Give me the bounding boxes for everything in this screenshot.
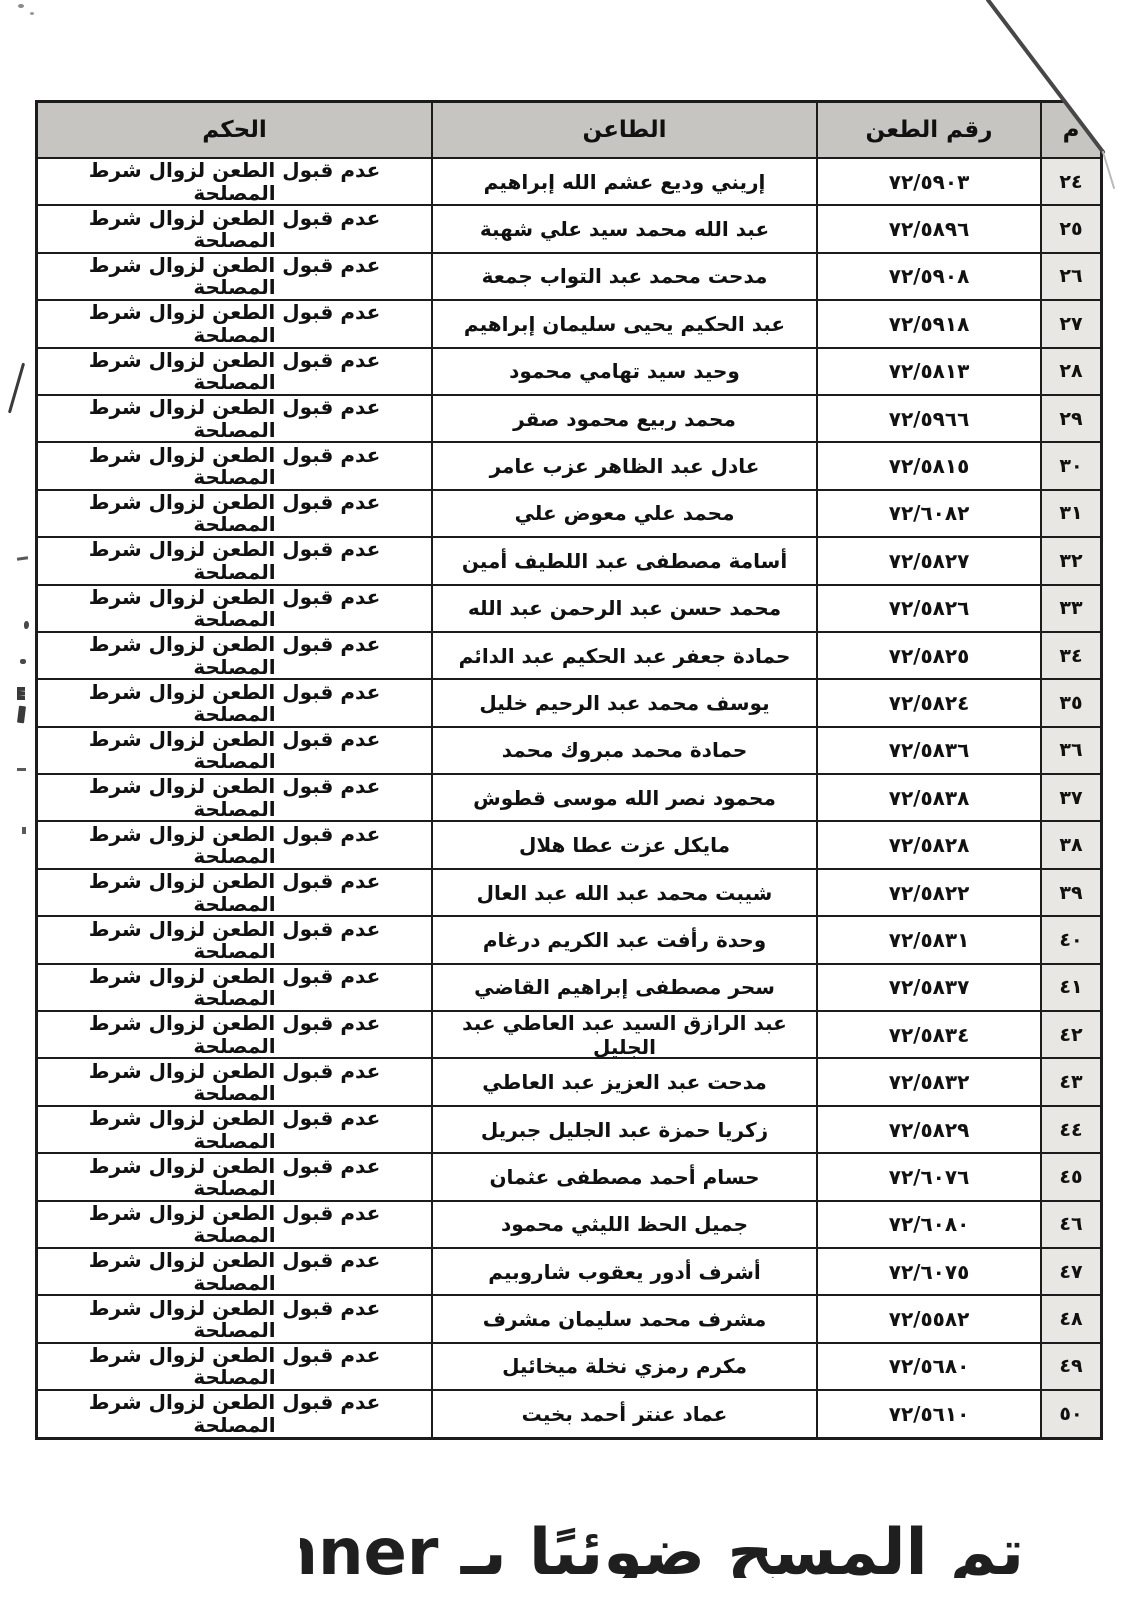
scan-artifact-dash (17, 556, 28, 561)
seq-cell: ٣٩ (1040, 870, 1100, 915)
appellant-cell: وحدة رأفت عبد الكريم درغام (431, 917, 816, 962)
table-row: ٣١٧٢/٦٠٨٢محمد علي معوض عليعدم قبول الطعن… (38, 489, 1100, 536)
seq-value: ٥٠ (1059, 1403, 1082, 1425)
appeal-number-value: ٧٢/٥٨٣١ (889, 928, 970, 952)
ruling-cell: عدم قبول الطعن لزوال شرط المصلحة (38, 159, 431, 204)
appellant-value: مايكل عزت عطا هلال (519, 833, 730, 857)
ruling-value: عدم قبول الطعن لزوال شرط المصلحة (76, 918, 394, 963)
ruling-cell: عدم قبول الطعن لزوال شرط المصلحة (38, 586, 431, 631)
table-row: ٢٤٧٢/٥٩٠٣إريني وديع عشم الله إبراهيمعدم … (38, 157, 1100, 204)
ruling-value: عدم قبول الطعن لزوال شرط المصلحة (76, 1060, 394, 1105)
appeal-number-value: ٧٢/٥٨٣٧ (889, 975, 970, 999)
appeal-number-value: ٧٢/٥٨٣٢ (889, 1070, 970, 1094)
appellant-cell: مدحت عبد العزيز عبد العاطي (431, 1059, 816, 1104)
table-row: ٢٦٧٢/٥٩٠٨مدحت محمد عبد التواب جمعةعدم قب… (38, 252, 1100, 299)
ruling-value: عدم قبول الطعن لزوال شرط المصلحة (76, 444, 394, 489)
seq-cell: ٣٦ (1040, 728, 1100, 773)
appeal-number-value: ٧٢/٥٦١٠ (889, 1402, 970, 1426)
appeal-number-value: ٧٢/٥٨٢٤ (889, 691, 970, 715)
seq-value: ٣٧ (1059, 787, 1082, 809)
appeal-number-value: ٧٢/٥٨٩٦ (889, 217, 970, 241)
seq-value: ٤٦ (1059, 1213, 1082, 1235)
table-row: ٢٨٧٢/٥٨١٣وحيد سيد تهامي محمودعدم قبول ال… (38, 347, 1100, 394)
ruling-value: عدم قبول الطعن لزوال شرط المصلحة (76, 681, 394, 726)
appeals-table: م رقم الطعن الطاعن الحكم ٢٤٧٢/٥٩٠٣إريني … (35, 100, 1103, 1440)
appellant-value: مشرف محمد سليمان مشرف (483, 1307, 766, 1331)
appeal-number-cell: ٧٢/٥٨٢٥ (816, 633, 1040, 678)
appellant-value: محمد ربيع محمود صقر (513, 407, 736, 431)
appellant-cell: أسامة مصطفى عبد اللطيف أمين (431, 538, 816, 583)
seq-value: ٣٣ (1059, 597, 1082, 619)
ruling-value: عدم قبول الطعن لزوال شرط المصلحة (76, 207, 394, 252)
ruling-cell: عدم قبول الطعن لزوال شرط المصلحة (38, 396, 431, 441)
appeal-number-cell: ٧٢/٥٦١٠ (816, 1391, 1040, 1436)
appeal-number-value: ٧٢/٦٠٧٦ (889, 1165, 970, 1189)
ruling-cell: عدم قبول الطعن لزوال شرط المصلحة (38, 870, 431, 915)
ruling-value: عدم قبول الطعن لزوال شرط المصلحة (76, 1012, 394, 1057)
appellant-cell: سحر مصطفى إبراهيم القاضي (431, 965, 816, 1010)
seq-value: ٤٩ (1059, 1355, 1082, 1377)
seq-cell: ٢٤ (1040, 159, 1100, 204)
appeal-number-cell: ٧٢/٥٨٣٢ (816, 1059, 1040, 1104)
appellant-cell: محمد حسن عبد الرحمن عبد الله (431, 586, 816, 631)
appeal-number-value: ٧٢/٥٨٢٥ (889, 644, 970, 668)
seq-value: ٢٧ (1059, 313, 1082, 335)
seq-value: ٤٣ (1059, 1071, 1082, 1093)
appellant-value: حمادة محمد مبروك محمد (502, 738, 748, 762)
seq-cell: ٤١ (1040, 965, 1100, 1010)
header-ruling-label: الحكم (202, 117, 267, 143)
appellant-cell: حمادة محمد مبروك محمد (431, 728, 816, 773)
appellant-value: محمود نصر الله موسى قطوش (473, 786, 776, 810)
appeal-number-cell: ٧٢/٥٨٣٨ (816, 775, 1040, 820)
appeal-number-cell: ٧٢/٦٠٨٠ (816, 1202, 1040, 1247)
header-appeal-number-cell: رقم الطعن (816, 103, 1040, 157)
seq-value: ٤٨ (1059, 1308, 1082, 1330)
header-appellant-label: الطاعن (583, 117, 667, 143)
appeal-number-cell: ٧٢/٥٨٢٢ (816, 870, 1040, 915)
ruling-cell: عدم قبول الطعن لزوال شرط المصلحة (38, 206, 431, 251)
appellant-value: زكريا حمزة عبد الجليل جبريل (481, 1118, 768, 1142)
appellant-cell: جميل الحظ الليثي محمود (431, 1202, 816, 1247)
table-row: ٣٣٧٢/٥٨٢٦محمد حسن عبد الرحمن عبد اللهعدم… (38, 584, 1100, 631)
seq-cell: ٢٨ (1040, 349, 1100, 394)
appellant-cell: يوسف محمد عبد الرحيم خليل (431, 680, 816, 725)
appeal-number-value: ٧٢/٥٨٢٦ (889, 596, 970, 620)
appeal-number-value: ٧٢/٦٠٨٠ (889, 1212, 970, 1236)
ruling-cell: عدم قبول الطعن لزوال شرط المصلحة (38, 1344, 431, 1389)
ruling-value: عدم قبول الطعن لزوال شرط المصلحة (76, 1344, 394, 1389)
appeal-number-cell: ٧٢/٦٠٧٥ (816, 1249, 1040, 1294)
ruling-value: عدم قبول الطعن لزوال شرط المصلحة (76, 586, 394, 631)
appellant-value: إريني وديع عشم الله إبراهيم (484, 170, 766, 194)
scan-artifact-dot (22, 827, 26, 834)
appeal-number-cell: ٧٢/٥٨٢٩ (816, 1107, 1040, 1152)
ruling-value: عدم قبول الطعن لزوال شرط المصلحة (76, 254, 394, 299)
appellant-cell: محمد علي معوض علي (431, 491, 816, 536)
appeal-number-value: ٧٢/٦٠٨٢ (889, 501, 970, 525)
appellant-value: محمد علي معوض علي (515, 501, 735, 525)
seq-cell: ٢٥ (1040, 206, 1100, 251)
appeal-number-value: ٧٢/٦٠٧٥ (889, 1260, 970, 1284)
seq-cell: ٣١ (1040, 491, 1100, 536)
appellant-value: جميل الحظ الليثي محمود (501, 1212, 748, 1236)
ruling-cell: عدم قبول الطعن لزوال شرط المصلحة (38, 1249, 431, 1294)
ruling-cell: عدم قبول الطعن لزوال شرط المصلحة (38, 633, 431, 678)
appellant-cell: شيبت محمد عبد الله عبد العال (431, 870, 816, 915)
appeal-number-value: ٧٢/٥٥٨٢ (889, 1307, 970, 1331)
seq-value: ٣١ (1059, 502, 1082, 524)
appellant-value: أشرف أدور يعقوب شاروبيم (488, 1260, 760, 1284)
seq-value: ٣٨ (1059, 834, 1082, 856)
scan-artifact-mark (17, 687, 25, 700)
header-appeal-number-label: رقم الطعن (866, 117, 993, 143)
appellant-cell: عبد الله محمد سيد علي شهبة (431, 206, 816, 251)
appellant-cell: مكرم رمزي نخلة ميخائيل (431, 1344, 816, 1389)
table-row: ٤٠٧٢/٥٨٣١وحدة رأفت عبد الكريم درغامعدم ق… (38, 915, 1100, 962)
seq-value: ٣٤ (1059, 645, 1082, 667)
seq-value: ٣٩ (1059, 882, 1082, 904)
table-row: ٥٠٧٢/٥٦١٠عماد عنتر أحمد بخيتعدم قبول الط… (38, 1389, 1100, 1436)
appellant-value: محمد حسن عبد الرحمن عبد الله (468, 596, 781, 620)
appeal-number-cell: ٧٢/٥٩٠٣ (816, 159, 1040, 204)
ruling-value: عدم قبول الطعن لزوال شرط المصلحة (76, 965, 394, 1010)
seq-value: ٣٥ (1059, 692, 1082, 714)
seq-cell: ٣٢ (1040, 538, 1100, 583)
ruling-value: عدم قبول الطعن لزوال شرط المصلحة (76, 633, 394, 678)
table-row: ٤٤٧٢/٥٨٢٩زكريا حمزة عبد الجليل جبريلعدم … (38, 1105, 1100, 1152)
appeal-number-value: ٧٢/٥٩١٨ (889, 312, 970, 336)
seq-cell: ٢٦ (1040, 254, 1100, 299)
table-row: ٢٥٧٢/٥٨٩٦عبد الله محمد سيد علي شهبةعدم ق… (38, 204, 1100, 251)
scanned-document-page: { "page": { "watermark_text": "تم المسح … (0, 0, 1129, 1600)
ruling-cell: عدم قبول الطعن لزوال شرط المصلحة (38, 301, 431, 346)
ruling-cell: عدم قبول الطعن لزوال شرط المصلحة (38, 1059, 431, 1104)
appeal-number-cell: ٧٢/٥٦٨٠ (816, 1344, 1040, 1389)
ruling-cell: عدم قبول الطعن لزوال شرط المصلحة (38, 775, 431, 820)
seq-value: ٤٤ (1059, 1119, 1082, 1141)
header-appellant-cell: الطاعن (431, 103, 816, 157)
ruling-value: عدم قبول الطعن لزوال شرط المصلحة (76, 491, 394, 536)
appellant-cell: أشرف أدور يعقوب شاروبيم (431, 1249, 816, 1294)
appeal-number-cell: ٧٢/٥٥٨٢ (816, 1296, 1040, 1341)
table-row: ٢٩٧٢/٥٩٦٦محمد ربيع محمود صقرعدم قبول الط… (38, 394, 1100, 441)
appellant-value: مكرم رمزي نخلة ميخائيل (502, 1354, 747, 1378)
ruling-value: عدم قبول الطعن لزوال شرط المصلحة (76, 1202, 394, 1247)
table-row: ٣٩٧٢/٥٨٢٢شيبت محمد عبد الله عبد العالعدم… (38, 868, 1100, 915)
appeal-number-value: ٧٢/٥٨٢٧ (889, 549, 970, 573)
appellant-value: وحدة رأفت عبد الكريم درغام (483, 928, 766, 952)
seq-value: ٢٥ (1059, 218, 1082, 240)
ruling-cell: عدم قبول الطعن لزوال شرط المصلحة (38, 917, 431, 962)
ruling-value: عدم قبول الطعن لزوال شرط المصلحة (76, 538, 394, 583)
appeal-number-value: ٧٢/٥٨٣٤ (889, 1023, 970, 1047)
scan-artifact-speck (30, 12, 34, 15)
appeal-number-value: ٧٢/٥٩٠٨ (889, 264, 970, 288)
table-row: ٤٢٧٢/٥٨٣٤عبد الرازق السيد عبد العاطي عبد… (38, 1010, 1100, 1057)
table-row: ٣٥٧٢/٥٨٢٤يوسف محمد عبد الرحيم خليلعدم قب… (38, 678, 1100, 725)
appeal-number-value: ٧٢/٥٨١٥ (889, 454, 970, 478)
seq-value: ٤٠ (1059, 929, 1082, 951)
appellant-value: عبد الله محمد سيد علي شهبة (480, 217, 769, 241)
ruling-value: عدم قبول الطعن لزوال شرط المصلحة (76, 159, 394, 204)
appeal-number-cell: ٧٢/٥٨٩٦ (816, 206, 1040, 251)
camscanner-watermark: تم المسح ضوئيًا بـ CamScanner (300, 1516, 1024, 1578)
ruling-value: عدم قبول الطعن لزوال شرط المصلحة (76, 823, 394, 868)
ruling-cell: عدم قبول الطعن لزوال شرط المصلحة (38, 822, 431, 867)
table-row: ٣٧٧٢/٥٨٣٨محمود نصر الله موسى قطوشعدم قبو… (38, 773, 1100, 820)
appeal-number-cell: ٧٢/٥٨٣١ (816, 917, 1040, 962)
ruling-cell: عدم قبول الطعن لزوال شرط المصلحة (38, 680, 431, 725)
seq-value: ٤٧ (1059, 1261, 1082, 1283)
appellant-cell: إريني وديع عشم الله إبراهيم (431, 159, 816, 204)
appeal-number-cell: ٧٢/٥٩٠٨ (816, 254, 1040, 299)
appellant-value: سحر مصطفى إبراهيم القاضي (474, 975, 775, 999)
appeal-number-cell: ٧٢/٦٠٧٦ (816, 1154, 1040, 1199)
appeal-number-cell: ٧٢/٥٨١٥ (816, 443, 1040, 488)
ruling-value: عدم قبول الطعن لزوال شرط المصلحة (76, 1391, 394, 1436)
appeal-number-cell: ٧٢/٥٨٣٤ (816, 1012, 1040, 1057)
seq-value: ٤٥ (1059, 1166, 1082, 1188)
appeal-number-value: ٧٢/٥٩٦٦ (889, 407, 970, 431)
table-row: ٤٥٧٢/٦٠٧٦حسام أحمد مصطفى عثمانعدم قبول ا… (38, 1152, 1100, 1199)
ruling-cell: عدم قبول الطعن لزوال شرط المصلحة (38, 1107, 431, 1152)
seq-value: ٢٨ (1059, 360, 1082, 382)
ruling-value: عدم قبول الطعن لزوال شرط المصلحة (76, 870, 394, 915)
appeal-number-cell: ٧٢/٦٠٨٢ (816, 491, 1040, 536)
seq-cell: ٣٣ (1040, 586, 1100, 631)
ruling-cell: عدم قبول الطعن لزوال شرط المصلحة (38, 1154, 431, 1199)
seq-value: ٣٠ (1059, 455, 1082, 477)
appellant-cell: حسام أحمد مصطفى عثمان (431, 1154, 816, 1199)
scan-artifact-speck (18, 4, 24, 8)
table-row: ٤٨٧٢/٥٥٨٢مشرف محمد سليمان مشرفعدم قبول ا… (38, 1294, 1100, 1341)
ruling-cell: عدم قبول الطعن لزوال شرط المصلحة (38, 349, 431, 394)
header-seq-cell: م (1040, 103, 1100, 157)
appeal-number-cell: ٧٢/٥٨٢٨ (816, 822, 1040, 867)
appeal-number-value: ٧٢/٥٨٢٩ (889, 1118, 970, 1142)
ruling-value: عدم قبول الطعن لزوال شرط المصلحة (76, 396, 394, 441)
seq-cell: ٣٠ (1040, 443, 1100, 488)
table-row: ٤٦٧٢/٦٠٨٠جميل الحظ الليثي محمودعدم قبول … (38, 1200, 1100, 1247)
seq-cell: ٢٩ (1040, 396, 1100, 441)
appellant-value: يوسف محمد عبد الرحيم خليل (479, 691, 769, 715)
ruling-cell: عدم قبول الطعن لزوال شرط المصلحة (38, 1391, 431, 1436)
appellant-value: وحيد سيد تهامي محمود (509, 359, 740, 383)
seq-cell: ٤٠ (1040, 917, 1100, 962)
ruling-value: عدم قبول الطعن لزوال شرط المصلحة (76, 1107, 394, 1152)
seq-value: ٤١ (1059, 976, 1082, 998)
appeal-number-cell: ٧٢/٥٨٣٦ (816, 728, 1040, 773)
table-row: ٣٤٧٢/٥٨٢٥حمادة جعفر عبد الحكيم عبد الدائ… (38, 631, 1100, 678)
seq-cell: ٤٩ (1040, 1344, 1100, 1389)
seq-cell: ٣٧ (1040, 775, 1100, 820)
appellant-cell: مدحت محمد عبد التواب جمعة (431, 254, 816, 299)
seq-cell: ٣٤ (1040, 633, 1100, 678)
seq-cell: ٤٦ (1040, 1202, 1100, 1247)
ruling-cell: عدم قبول الطعن لزوال شرط المصلحة (38, 1202, 431, 1247)
table-row: ٢٧٧٢/٥٩١٨عبد الحكيم يحيى سليمان إبراهيمع… (38, 299, 1100, 346)
ruling-value: عدم قبول الطعن لزوال شرط المصلحة (76, 1155, 394, 1200)
ruling-value: عدم قبول الطعن لزوال شرط المصلحة (76, 1297, 394, 1342)
appeal-number-value: ٧٢/٥٩٠٣ (889, 170, 970, 194)
table-row: ٤٩٧٢/٥٦٨٠مكرم رمزي نخلة ميخائيلعدم قبول … (38, 1342, 1100, 1389)
appeal-number-cell: ٧٢/٥٩٦٦ (816, 396, 1040, 441)
appellant-cell: وحيد سيد تهامي محمود (431, 349, 816, 394)
appellant-value: مدحت محمد عبد التواب جمعة (482, 264, 768, 288)
appeal-number-cell: ٧٢/٥٩١٨ (816, 301, 1040, 346)
table-row: ٤١٧٢/٥٨٣٧سحر مصطفى إبراهيم القاضيعدم قبو… (38, 963, 1100, 1010)
appellant-cell: مشرف محمد سليمان مشرف (431, 1296, 816, 1341)
scan-artifact-mark (17, 706, 26, 724)
appellant-cell: محمود نصر الله موسى قطوش (431, 775, 816, 820)
table-row: ٣٢٧٢/٥٨٢٧أسامة مصطفى عبد اللطيف أمينعدم … (38, 536, 1100, 583)
seq-cell: ٤٧ (1040, 1249, 1100, 1294)
appellant-cell: زكريا حمزة عبد الجليل جبريل (431, 1107, 816, 1152)
ruling-value: عدم قبول الطعن لزوال شرط المصلحة (76, 301, 394, 346)
header-seq-label: م (1063, 117, 1080, 143)
scan-artifact-slash (8, 363, 25, 414)
appeal-number-cell: ٧٢/٥٨٢٦ (816, 586, 1040, 631)
appeal-number-value: ٧٢/٥٨٣٦ (889, 738, 970, 762)
appeal-number-value: ٧٢/٥٨٢٢ (889, 881, 970, 905)
seq-value: ٢٦ (1059, 265, 1082, 287)
ruling-value: عدم قبول الطعن لزوال شرط المصلحة (76, 728, 394, 773)
table-body: ٢٤٧٢/٥٩٠٣إريني وديع عشم الله إبراهيمعدم … (38, 157, 1100, 1437)
seq-cell: ٥٠ (1040, 1391, 1100, 1436)
seq-value: ٣٢ (1059, 550, 1082, 572)
table-row: ٤٣٧٢/٥٨٣٢مدحت عبد العزيز عبد العاطيعدم ق… (38, 1057, 1100, 1104)
ruling-value: عدم قبول الطعن لزوال شرط المصلحة (76, 775, 394, 820)
seq-value: ٣٦ (1059, 739, 1082, 761)
seq-value: ٢٩ (1059, 408, 1082, 430)
table-row: ٤٧٧٢/٦٠٧٥أشرف أدور يعقوب شاروبيمعدم قبول… (38, 1247, 1100, 1294)
ruling-cell: عدم قبول الطعن لزوال شرط المصلحة (38, 1296, 431, 1341)
appellant-value: عماد عنتر أحمد بخيت (522, 1402, 728, 1426)
seq-value: ٤٢ (1059, 1024, 1082, 1046)
seq-cell: ٤٣ (1040, 1059, 1100, 1104)
appeal-number-value: ٧٢/٥٨١٣ (889, 359, 970, 383)
seq-cell: ٤٨ (1040, 1296, 1100, 1341)
ruling-cell: عدم قبول الطعن لزوال شرط المصلحة (38, 728, 431, 773)
seq-cell: ٤٤ (1040, 1107, 1100, 1152)
appellant-value: عبد الرازق السيد عبد العاطي عبد الجليل (433, 1012, 816, 1057)
appeal-number-cell: ٧٢/٥٨٢٧ (816, 538, 1040, 583)
appellant-cell: حمادة جعفر عبد الحكيم عبد الدائم (431, 633, 816, 678)
table-row: ٣٦٧٢/٥٨٣٦حمادة محمد مبروك محمدعدم قبول ا… (38, 726, 1100, 773)
appellant-cell: عبد الرازق السيد عبد العاطي عبد الجليل (431, 1012, 816, 1057)
appellant-value: عادل عبد الظاهر عزب عامر (490, 454, 760, 478)
ruling-cell: عدم قبول الطعن لزوال شرط المصلحة (38, 254, 431, 299)
appellant-value: أسامة مصطفى عبد اللطيف أمين (462, 549, 787, 573)
seq-cell: ٣٥ (1040, 680, 1100, 725)
table-header-row: م رقم الطعن الطاعن الحكم (38, 103, 1100, 157)
appeal-number-value: ٧٢/٥٦٨٠ (889, 1354, 970, 1378)
appellant-cell: عماد عنتر أحمد بخيت (431, 1391, 816, 1436)
appeal-number-cell: ٧٢/٥٨١٣ (816, 349, 1040, 394)
appellant-cell: مايكل عزت عطا هلال (431, 822, 816, 867)
appellant-cell: عادل عبد الظاهر عزب عامر (431, 443, 816, 488)
appellant-value: حسام أحمد مصطفى عثمان (489, 1165, 759, 1189)
header-ruling-cell: الحكم (38, 103, 431, 157)
appeal-number-cell: ٧٢/٥٨٢٤ (816, 680, 1040, 725)
ruling-cell: عدم قبول الطعن لزوال شرط المصلحة (38, 1012, 431, 1057)
scan-artifact-comma (24, 621, 29, 629)
scan-artifact-dot (20, 659, 26, 664)
appellant-cell: عبد الحكيم يحيى سليمان إبراهيم (431, 301, 816, 346)
table-row: ٣٠٧٢/٥٨١٥عادل عبد الظاهر عزب عامرعدم قبو… (38, 441, 1100, 488)
ruling-value: عدم قبول الطعن لزوال شرط المصلحة (76, 1249, 394, 1294)
ruling-cell: عدم قبول الطعن لزوال شرط المصلحة (38, 965, 431, 1010)
seq-cell: ٤٢ (1040, 1012, 1100, 1057)
seq-cell: ٤٥ (1040, 1154, 1100, 1199)
scan-artifact-dash (17, 768, 26, 771)
ruling-cell: عدم قبول الطعن لزوال شرط المصلحة (38, 491, 431, 536)
table-row: ٣٨٧٢/٥٨٢٨مايكل عزت عطا هلالعدم قبول الطع… (38, 820, 1100, 867)
appellant-value: حمادة جعفر عبد الحكيم عبد الدائم (459, 644, 791, 668)
seq-cell: ٢٧ (1040, 301, 1100, 346)
appeal-number-cell: ٧٢/٥٨٣٧ (816, 965, 1040, 1010)
appeal-number-value: ٧٢/٥٨٢٨ (889, 833, 970, 857)
ruling-cell: عدم قبول الطعن لزوال شرط المصلحة (38, 443, 431, 488)
seq-value: ٢٤ (1059, 171, 1082, 193)
appellant-value: شيبت محمد عبد الله عبد العال (477, 881, 773, 905)
appellant-value: مدحت عبد العزيز عبد العاطي (482, 1070, 766, 1094)
appeal-number-value: ٧٢/٥٨٣٨ (889, 786, 970, 810)
ruling-cell: عدم قبول الطعن لزوال شرط المصلحة (38, 538, 431, 583)
appellant-value: عبد الحكيم يحيى سليمان إبراهيم (464, 312, 785, 336)
appellant-cell: محمد ربيع محمود صقر (431, 396, 816, 441)
seq-cell: ٣٨ (1040, 822, 1100, 867)
fold-crease-fade (1103, 152, 1114, 188)
ruling-value: عدم قبول الطعن لزوال شرط المصلحة (76, 349, 394, 394)
